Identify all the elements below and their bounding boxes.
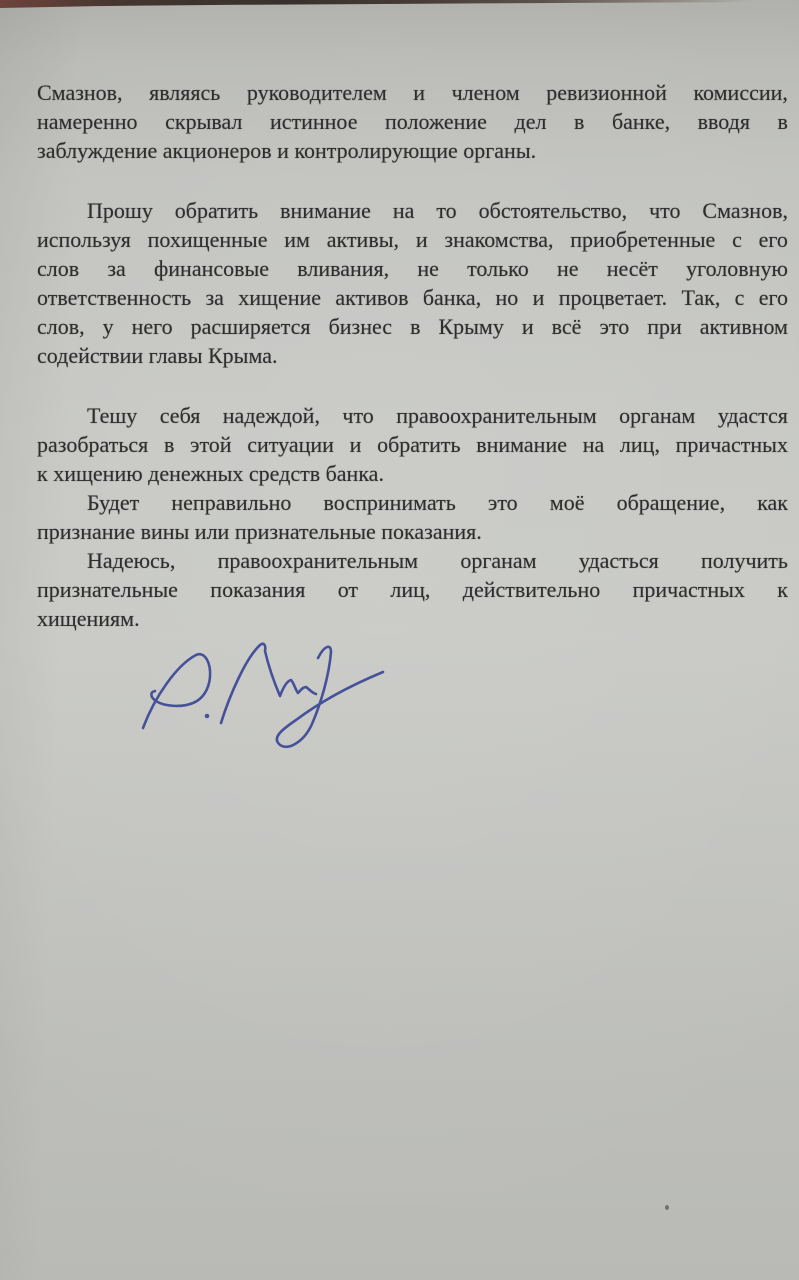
word: и xyxy=(416,225,428,254)
text-line: к хищению денежных средств банка. xyxy=(37,459,788,488)
word: в xyxy=(574,107,584,136)
word: моё xyxy=(550,488,585,517)
word: правоохранительным xyxy=(218,546,418,575)
word: Будет xyxy=(87,488,139,517)
document-page: Смазнов,являясьруководителемичленомревиз… xyxy=(0,0,799,1280)
word: знакомства, xyxy=(444,225,553,254)
word: им xyxy=(284,225,310,254)
word: обратить xyxy=(175,196,258,225)
word: и xyxy=(522,312,534,341)
word: активов xyxy=(335,283,408,312)
word: признательные xyxy=(37,575,178,604)
word: только xyxy=(467,254,529,283)
word: органам xyxy=(460,546,536,575)
word: органам xyxy=(619,401,695,430)
paragraph: Прошуобратитьвниманиенатообстоятельство,… xyxy=(37,196,788,370)
signature-tall-flourish-stroke xyxy=(277,647,383,747)
word: внимание xyxy=(476,430,567,459)
word: обстоятельство, xyxy=(479,196,628,225)
word: бизнес xyxy=(329,312,393,341)
word: процветает. xyxy=(559,283,667,312)
word: ревизионной xyxy=(546,78,667,107)
word: от xyxy=(338,575,358,604)
word: не xyxy=(557,254,579,283)
word: финансовые xyxy=(154,254,269,283)
word: на xyxy=(393,196,415,225)
paragraph: Смазнов,являясьруководителемичленомревиз… xyxy=(37,78,788,165)
text-line: используяпохищенныеимактивы,изнакомства,… xyxy=(37,225,788,254)
word: ответственность xyxy=(37,283,191,312)
word: неправильно xyxy=(171,488,291,517)
word: как xyxy=(757,488,788,517)
word: Так, xyxy=(681,283,720,312)
word: разобраться xyxy=(37,430,148,459)
word: надеждой, xyxy=(223,401,320,430)
text-line: признательныепоказанияотлиц,действительн… xyxy=(37,575,788,604)
word: уголовную xyxy=(686,254,788,283)
text-line: словзафинансовыевливания,нетольконенесёт… xyxy=(37,254,788,283)
word: активы, xyxy=(327,225,399,254)
word: активном xyxy=(700,312,788,341)
text-line: намеренноскрывалистинноеположениеделвбан… xyxy=(37,107,788,136)
text-line: разобратьсявэтойситуациииобратитьвнимани… xyxy=(37,430,788,459)
word: слов, xyxy=(37,312,85,341)
word: за xyxy=(107,254,125,283)
word: него xyxy=(132,312,173,341)
word: действительно xyxy=(463,575,600,604)
word: намеренно xyxy=(37,107,138,136)
word: с xyxy=(735,283,745,312)
paper-speck xyxy=(665,1205,669,1210)
paragraph: Будетнеправильновосприниматьэтомоёобраще… xyxy=(37,488,788,546)
word: руководителем xyxy=(247,78,387,107)
text-line: заблуждение акционеров и контролирующие … xyxy=(37,136,788,165)
word: к xyxy=(777,575,788,604)
word: это xyxy=(488,488,518,517)
text-line: Тешусебянадеждой,чтоправоохранительнымор… xyxy=(37,401,788,430)
paper-top-edge-shadow xyxy=(0,0,799,8)
letter-body: Смазнов,являясьруководителемичленомревиз… xyxy=(37,78,788,633)
word: его xyxy=(759,225,788,254)
word: членом xyxy=(452,78,520,107)
word: это xyxy=(599,312,629,341)
text-line: содействии главы Крыма. xyxy=(37,341,788,370)
word: но xyxy=(496,283,519,312)
word: банка, xyxy=(423,283,481,312)
word: при xyxy=(647,312,682,341)
word: лиц, xyxy=(620,430,660,459)
word: и xyxy=(350,430,362,459)
word: Тешу xyxy=(87,401,137,430)
word: всё xyxy=(552,312,582,341)
word: приобретенные xyxy=(570,225,715,254)
word: скрывал xyxy=(165,107,242,136)
word: показания xyxy=(210,575,305,604)
word: Смазнов, xyxy=(702,196,788,225)
word: и xyxy=(413,78,425,107)
word: хищение xyxy=(238,283,321,312)
word: внимание xyxy=(280,196,371,225)
word: расширяется xyxy=(191,312,311,341)
text-line: Надеюсь,правоохранительныморганамудастьс… xyxy=(37,546,788,575)
word: за xyxy=(205,283,223,312)
signature-period-dot xyxy=(205,714,210,719)
text-line: слов,унегорасширяетсябизнесвКрымуивсёэто… xyxy=(37,312,788,341)
word: обращение, xyxy=(617,488,725,517)
signature-v-stroke xyxy=(221,644,316,723)
word: вводя xyxy=(698,107,750,136)
word: Смазнов, xyxy=(37,78,123,107)
word: причастных xyxy=(633,575,745,604)
word: его xyxy=(759,283,788,312)
paragraph: Надеюсь,правоохранительныморганамудастьс… xyxy=(37,546,788,633)
word: комиссии, xyxy=(693,78,787,107)
word: в xyxy=(164,430,174,459)
word: что xyxy=(342,401,373,430)
word: удасться xyxy=(579,546,659,575)
text-line: хищениям. xyxy=(37,604,788,633)
word: у xyxy=(103,312,114,341)
word: Прошу xyxy=(87,196,153,225)
word: воспринимать xyxy=(324,488,456,517)
word: дел xyxy=(515,107,547,136)
word: истинное xyxy=(270,107,358,136)
word: с xyxy=(732,225,742,254)
word: банке, xyxy=(612,107,670,136)
word: слов xyxy=(37,254,79,283)
word: в xyxy=(410,312,420,341)
signature-icon xyxy=(133,636,393,751)
word: похищенные xyxy=(148,225,268,254)
text-line: Смазнов,являясьруководителемичленомревиз… xyxy=(37,78,788,107)
signature-initial-a-stroke xyxy=(143,654,210,728)
word: удастся xyxy=(718,401,788,430)
word: этой xyxy=(190,430,232,459)
word: Надеюсь, xyxy=(87,546,175,575)
word: то xyxy=(436,196,456,225)
word: и xyxy=(533,283,545,312)
word: ситуации xyxy=(247,430,334,459)
word: обратить xyxy=(377,430,460,459)
word: правоохранительным xyxy=(396,401,596,430)
handwritten-signature xyxy=(133,636,393,751)
paragraph: Тешусебянадеждой,чтоправоохранительнымор… xyxy=(37,401,788,488)
word: себя xyxy=(160,401,201,430)
text-line: Прошуобратитьвниманиенатообстоятельство,… xyxy=(37,196,788,225)
word: Крыму xyxy=(438,312,503,341)
word: причастных xyxy=(676,430,788,459)
word: получить xyxy=(701,546,788,575)
word: в xyxy=(778,107,788,136)
text-line: признание вины или признательные показан… xyxy=(37,517,788,546)
word: используя xyxy=(37,225,131,254)
text-line: ответственностьзахищениеактивовбанка,нои… xyxy=(37,283,788,312)
word: на xyxy=(583,430,605,459)
word: несёт xyxy=(607,254,658,283)
word: не xyxy=(417,254,439,283)
word: являясь xyxy=(149,78,220,107)
word: лиц, xyxy=(390,575,430,604)
word: вливания, xyxy=(297,254,389,283)
text-line: Будетнеправильновосприниматьэтомоёобраще… xyxy=(37,488,788,517)
word: что xyxy=(649,196,680,225)
word: положение xyxy=(385,107,487,136)
